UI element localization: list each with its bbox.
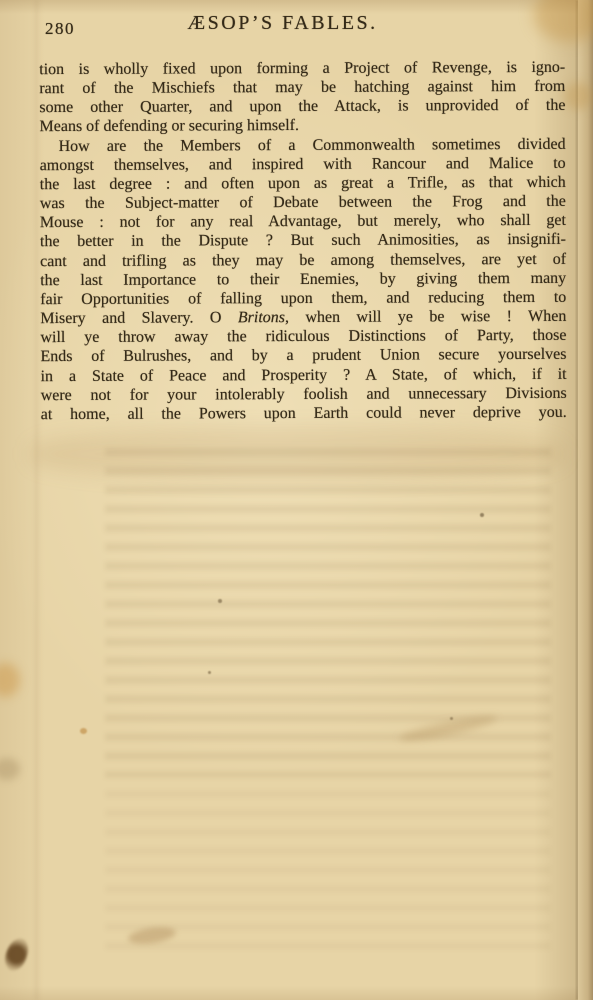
- text-line: Misery and Slavery. O Britons, when will…: [40, 307, 566, 328]
- speck: [80, 728, 87, 734]
- page-text: tion is wholly fixed upon forming a Proj…: [0, 58, 593, 425]
- text-line: How are the Members of a Commonwealth so…: [40, 134, 566, 155]
- text-line: cant and trifling as they may be among t…: [40, 249, 566, 270]
- stain: [0, 758, 20, 780]
- text-line: Ends of Bulrushes, and by a prudent Unio…: [40, 345, 566, 366]
- text-line: tion is wholly fixed upon forming a Proj…: [39, 58, 565, 79]
- italic-word: Britons: [238, 309, 285, 326]
- book-page-scan: 280 ÆSOP’S FABLES. tion is wholly fixed …: [0, 0, 593, 1000]
- text-segment: , when will ye be wise ! When: [285, 308, 566, 326]
- text-line: rant of the Mischiefs that may be hatchi…: [39, 77, 565, 98]
- verso-show-through: [105, 790, 551, 960]
- stain: [0, 663, 20, 697]
- text-line: were not for your intolerably foolish an…: [41, 383, 567, 404]
- text-line: the last degree : and often upon as grea…: [40, 173, 566, 194]
- text-line: will ye throw away the ridiculous Distin…: [40, 326, 566, 347]
- text-line: Means of defending or securing himself.: [39, 115, 565, 136]
- text-line: in a State of Peace and Prosperity ? A S…: [41, 364, 567, 385]
- running-title: ÆSOP’S FABLES.: [0, 12, 579, 35]
- text-line: Mouse : not for any real Advantage, but …: [40, 211, 566, 232]
- text-line: some other Quarter, and upon the Attack,…: [39, 96, 565, 117]
- text-line: at home, all the Powers upon Earth could…: [41, 403, 567, 424]
- verso-show-through: [105, 448, 551, 778]
- page-header: 280 ÆSOP’S FABLES.: [0, 12, 593, 46]
- text-line: amongst themselves, and inspired with Ra…: [40, 154, 566, 175]
- ink-blot: [2, 936, 30, 973]
- text-line: the last Importance to their Enemies, by…: [40, 269, 566, 290]
- text-segment: Misery and Slavery. O: [40, 309, 238, 327]
- text-line: the better in the Dispute ? But such Ani…: [40, 230, 566, 251]
- text-line: was the Subject-matter of Debate between…: [40, 192, 566, 213]
- text-line: fair Opportunities of falling upon them,…: [40, 288, 566, 309]
